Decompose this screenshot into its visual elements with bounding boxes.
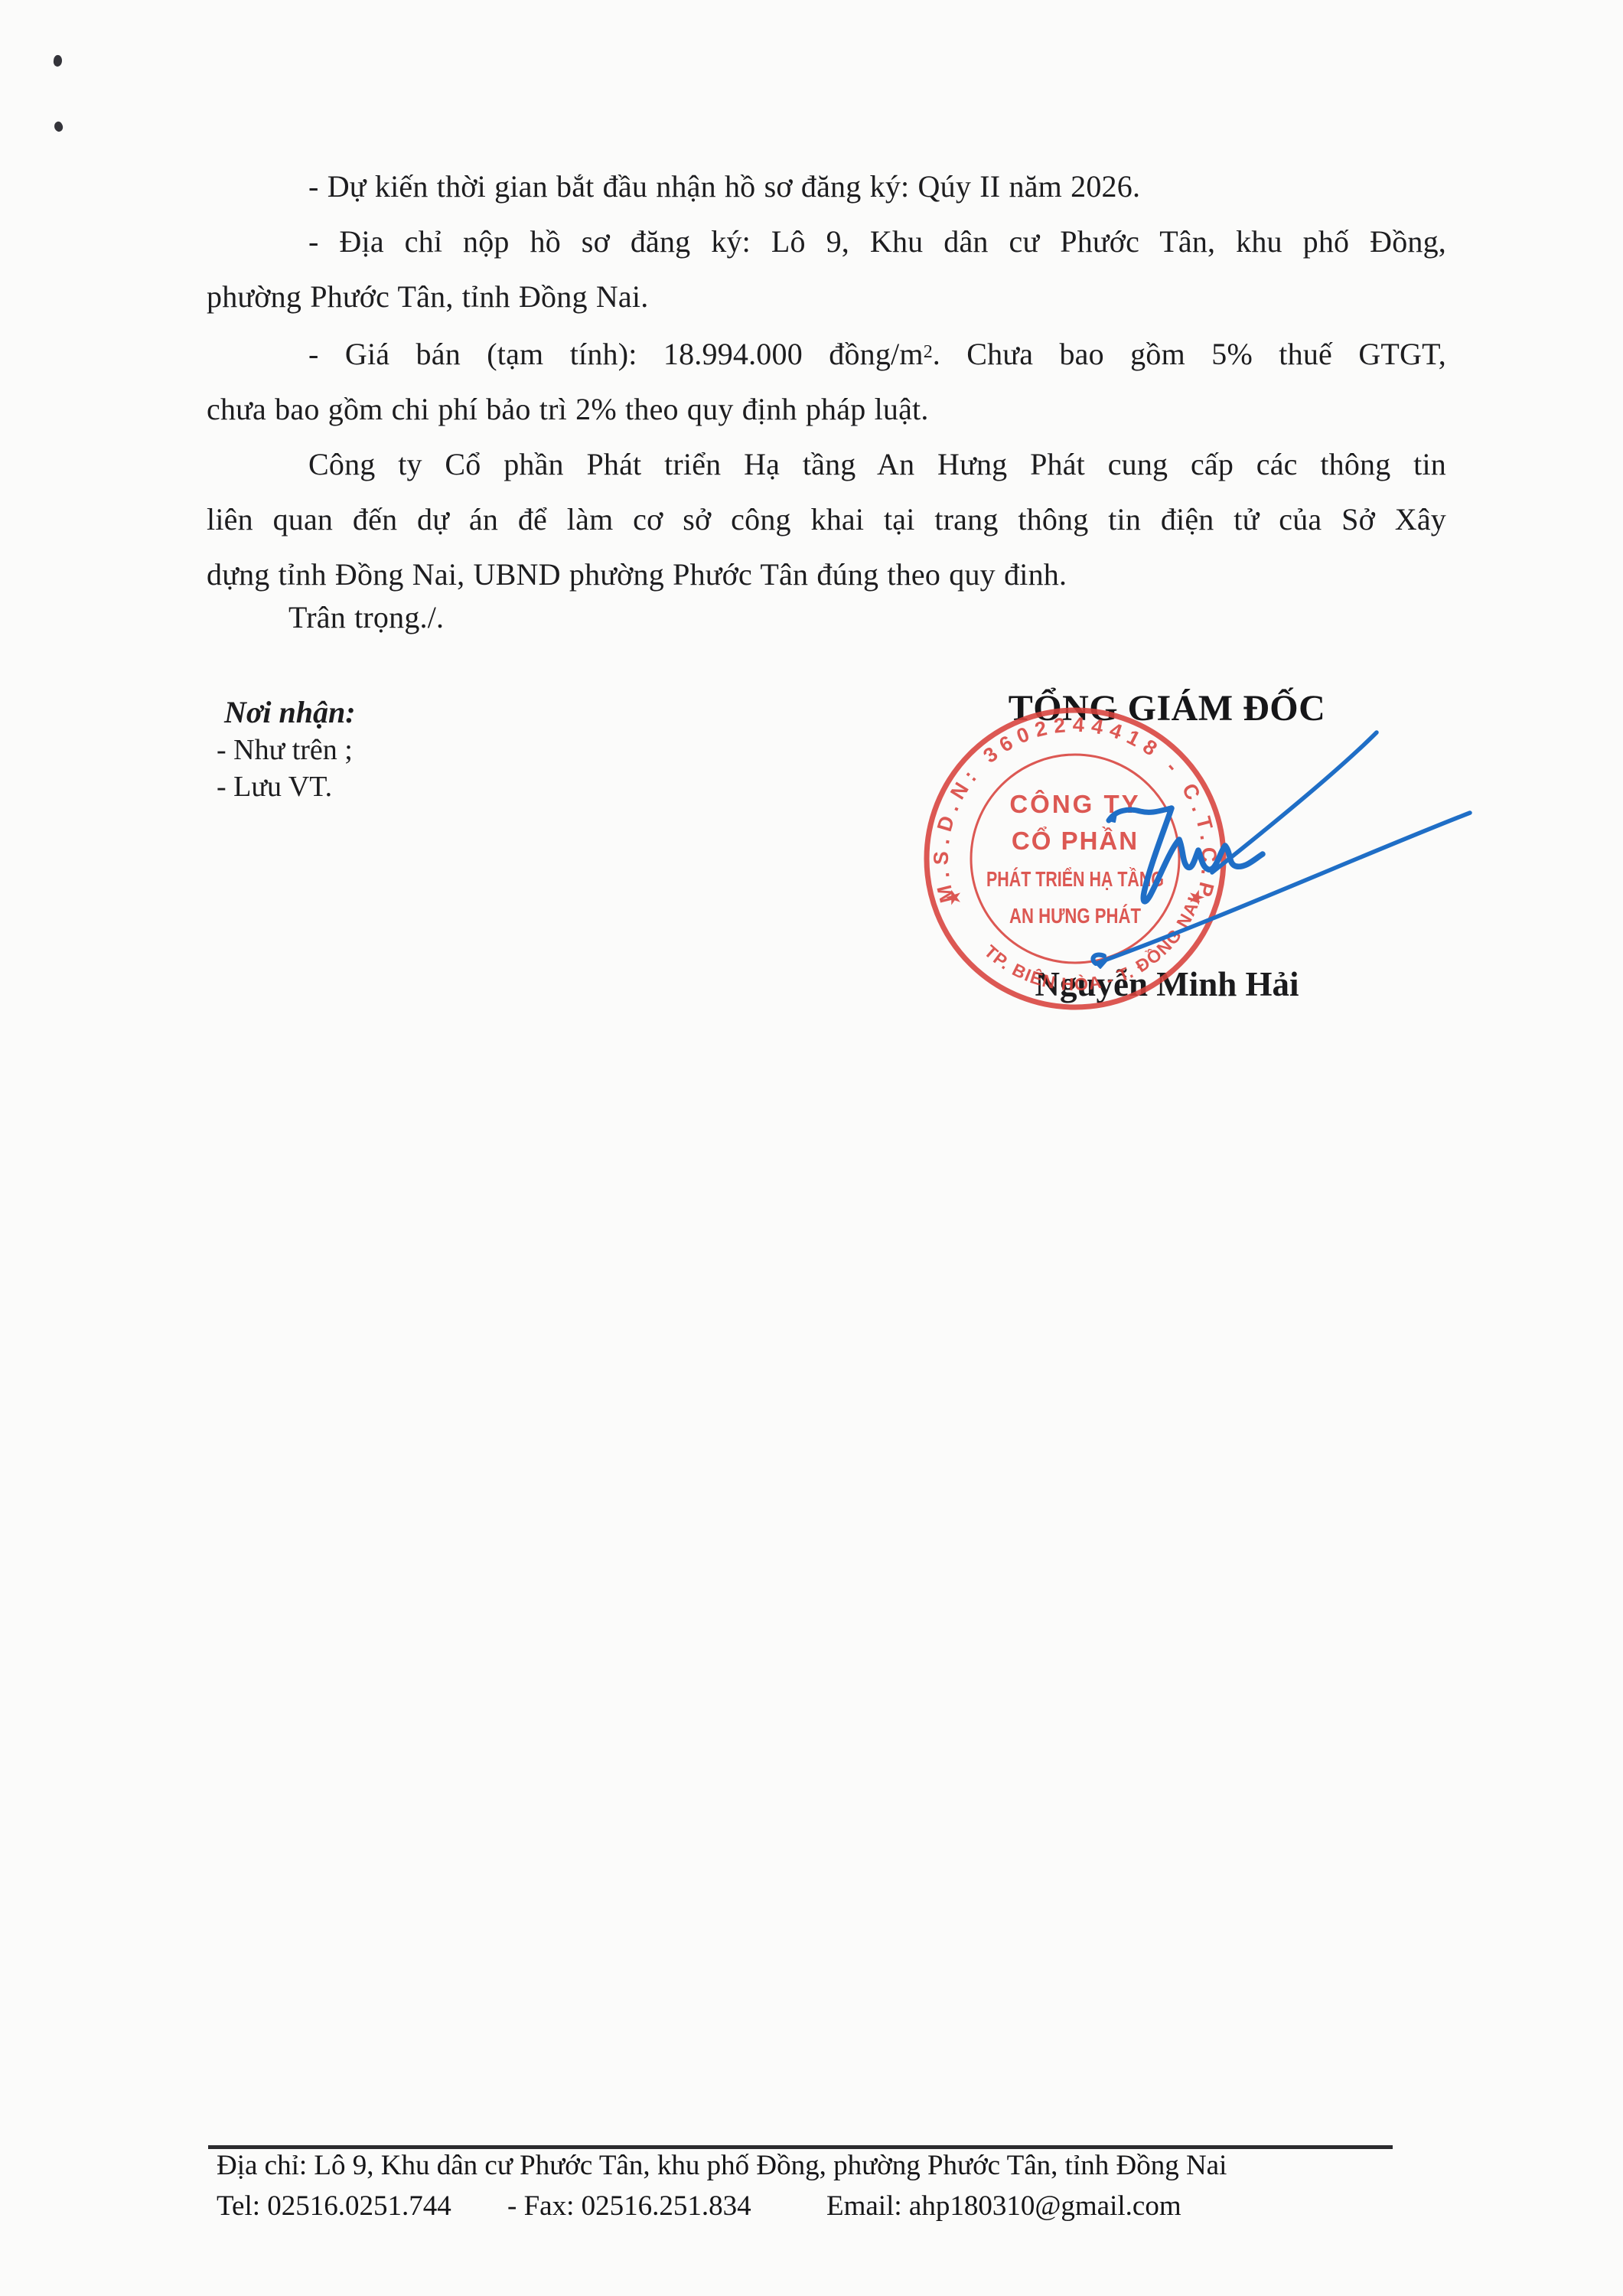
body-line-price-1: - Giá bán (tạm tính): 18.994.000 đồng/m2…: [207, 325, 1446, 382]
body-line-company-1: Công ty Cổ phần Phát triển Hạ tầng An Hư…: [207, 437, 1446, 492]
body-line-price-2: chưa bao gồm chi phí bảo trì 2% theo quy…: [207, 382, 1446, 437]
signature-long-stroke-upper: [1212, 732, 1377, 872]
footer-email: Email: ahp180310@gmail.com: [826, 2189, 1181, 2224]
footer-tel: Tel: 02516.0251.744: [217, 2189, 451, 2224]
stamp-center-line-4: AN HƯNG PHÁT: [1009, 904, 1141, 928]
body-line-company-2: liên quan đến dự án để làm cơ sở công kh…: [207, 492, 1446, 547]
stamp-center-line-2: CỔ PHẦN: [1012, 827, 1139, 855]
stamp-star-left-icon: ★: [942, 883, 966, 911]
body-line-submission-address-1: - Địa chỉ nộp hồ sơ đăng ký: Lô 9, Khu d…: [207, 214, 1446, 269]
footer-address: Địa chỉ: Lô 9, Khu dân cư Phước Tân, khu…: [217, 2148, 1227, 2183]
scan-speck: [53, 54, 63, 67]
price-text-before: - Giá bán (tạm tính): 18.994.000 đồng/m: [308, 337, 924, 371]
letter-body: - Dự kiến thời gian bắt đầu nhận hồ sơ đ…: [207, 159, 1446, 645]
stamp-center-line-1: CÔNG TY: [1009, 789, 1140, 818]
stamp-center-line-3: PHÁT TRIỂN HẠ TẦNG: [986, 867, 1164, 891]
body-line-registration-time: - Dự kiến thời gian bắt đầu nhận hồ sơ đ…: [207, 159, 1446, 214]
company-stamp: M.S.D.N: 3602244418 - C.T.C.P TP. BIÊN H…: [922, 706, 1228, 1012]
footer-fax: - Fax: 02516.251.834: [507, 2189, 751, 2224]
price-superscript: 2: [924, 342, 933, 362]
stamp-inner-ring: [971, 755, 1179, 963]
recipients-block: Nơi nhận: - Như trên ; - Lưu VT.: [217, 693, 356, 805]
body-line-submission-address-2: phường Phước Tân, tỉnh Đồng Nai.: [207, 269, 1446, 325]
price-text-after: . Chưa bao gồm 5% thuế GTGT,: [933, 337, 1446, 371]
scanned-letter-page: - Dự kiến thời gian bắt đầu nhận hồ sơ đ…: [0, 0, 1623, 2296]
recipients-heading: Nơi nhận:: [217, 693, 356, 732]
scan-speck: [52, 120, 64, 133]
recipient-item: - Như trên ;: [217, 732, 356, 768]
recipient-item: - Lưu VT.: [217, 768, 356, 805]
